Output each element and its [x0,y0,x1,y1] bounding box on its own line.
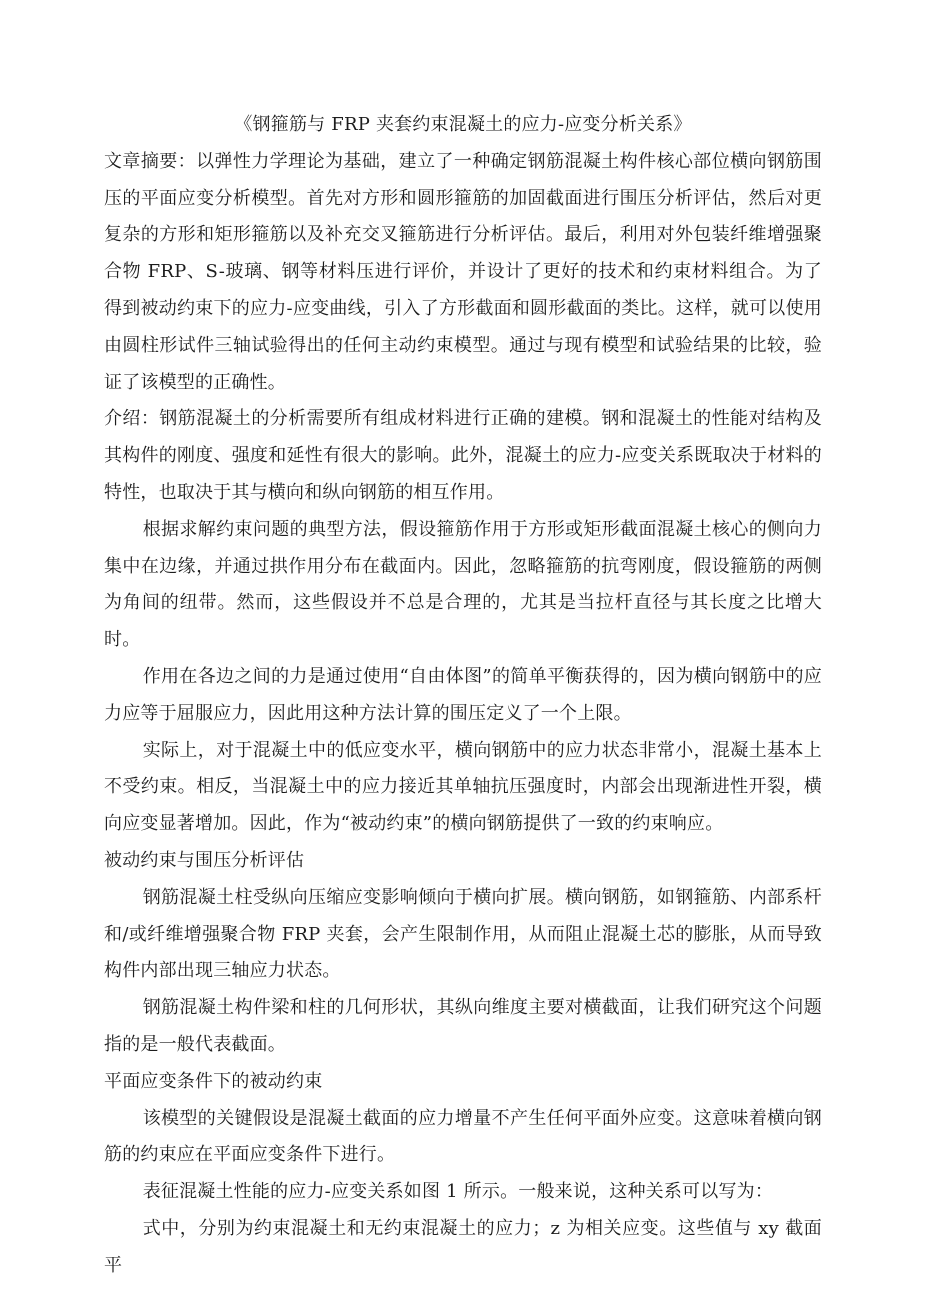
paragraph: 钢筋混凝土构件梁和柱的几何形状，其纵向维度主要对横截面，让我们研究这个问题指的是… [104,990,822,1064]
paragraph: 介绍：钢筋混凝土的分析需要所有组成材料进行正确的建模。钢和混凝土的性能对结构及其… [104,401,822,511]
document-page: 《钢箍筋与 FRP 夹套约束混凝土的应力-应变分析关系》 文章摘要：以弹性力学理… [0,0,926,1309]
paragraph: 实际上，对于混凝土中的低应变水平，横向钢筋中的应力状态非常小，混凝土基本上不受约… [104,733,822,843]
paragraph: 表征混凝土性能的应力-应变关系如图 1 所示。一般来说，这种关系可以写为： [104,1174,822,1211]
paragraph: 根据求解约束问题的典型方法，假设箍筋作用于方形或矩形截面混凝土核心的侧向力集中在… [104,512,822,659]
paragraph: 该模型的关键假设是混凝土截面的应力增量不产生任何平面外应变。这意味着横向钢筋的约… [104,1101,822,1175]
document-content: 《钢箍筋与 FRP 夹套约束混凝土的应力-应变分析关系》 文章摘要：以弹性力学理… [0,0,926,1285]
paragraph: 式中，分别为约束混凝土和无约束混凝土的应力；z 为相关应变。这些值与 xy 截面… [104,1211,822,1285]
section-heading: 平面应变条件下的被动约束 [104,1064,822,1101]
section-heading: 被动约束与围压分析评估 [104,843,822,880]
paragraph: 钢筋混凝土柱受纵向压缩应变影响倾向于横向扩展。横向钢筋，如钢箍筋、内部系杆和/或… [104,880,822,990]
document-body: 文章摘要：以弹性力学理论为基础，建立了一种确定钢筋混凝土构件核心部位横向钢筋围压… [104,144,822,1285]
document-title: 《钢箍筋与 FRP 夹套约束混凝土的应力-应变分析关系》 [104,107,822,144]
paragraph: 文章摘要：以弹性力学理论为基础，建立了一种确定钢筋混凝土构件核心部位横向钢筋围压… [104,144,822,402]
paragraph: 作用在各边之间的力是通过使用“自由体图”的简单平衡获得的，因为横向钢筋中的应力应… [104,659,822,733]
